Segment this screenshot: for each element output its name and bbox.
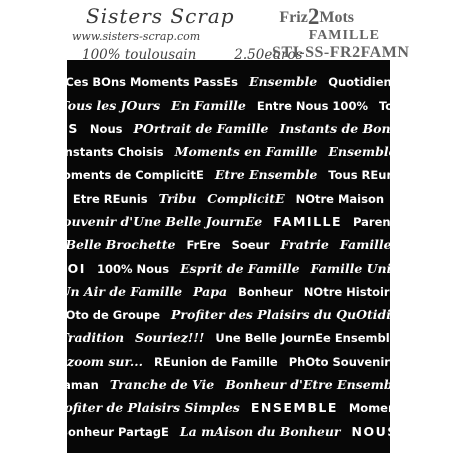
- word-sticker: Moments de ComplicitE: [52, 168, 204, 182]
- collection-name: FAMILLE: [272, 29, 380, 43]
- word-sticker: Nous: [90, 122, 123, 136]
- word-sticker: ENSEMBLE: [251, 400, 338, 415]
- word-sticker: PhOto de Groupe: [49, 308, 160, 322]
- word-sticker: Une Belle JournEe Ensemble: [215, 331, 397, 345]
- word-sticker: Fratrie: [280, 237, 328, 252]
- word-sticker: Bonheur: [238, 285, 293, 299]
- word-sticker: NOUS: [352, 424, 398, 439]
- word-sticker: En Famille: [171, 98, 246, 113]
- product-line-part2: 2: [308, 4, 320, 29]
- word-sticker: Belle Brochette: [65, 237, 175, 252]
- word-sticker: Esprit de Famille: [180, 261, 300, 276]
- word-row: MamanTranche de VieBonheur d'Etre Ensemb…: [69, 377, 388, 392]
- word-sticker: VOUS: [34, 121, 79, 136]
- word-row: VOUSNousPOrtrait de FamilleInstants de B…: [69, 121, 388, 136]
- word-sticker: Ensemble: [328, 144, 396, 159]
- word-sticker: zoom sur...: [67, 354, 143, 369]
- word-sticker: POrtrait de Famille: [133, 121, 268, 136]
- header-left: Sisters Scrap www.sisters-scrap.com 100%…: [72, 4, 303, 63]
- word-sticker: FrEre: [186, 238, 220, 252]
- word-row: Ces BOns Moments PassEsEnsembleQuotidien: [69, 74, 388, 89]
- word-sticker: Maman: [52, 378, 99, 392]
- word-sticker: Quotidien: [328, 75, 391, 89]
- word-sticker: Tribu: [159, 191, 197, 206]
- word-sticker: Famille: [340, 237, 392, 252]
- word-sticker: Tranche de Vie: [110, 377, 214, 392]
- word-sticker: NOtre Maison: [296, 192, 384, 206]
- word-row: Belle BrochetteFrEreSoeurFratrieFamille: [69, 237, 388, 252]
- word-sticker: Tous les JOurs: [60, 98, 160, 113]
- word-sticker: Profiter de Plaisirs Simples: [48, 400, 239, 415]
- word-row: PhOto de GroupeProfiter des Plaisirs du …: [69, 307, 388, 322]
- word-sticker: Moments en Famille: [175, 144, 318, 159]
- product-line-part1: Friz: [279, 9, 307, 26]
- word-row: TOI100% NousEsprit de FamilleFamille Uni…: [69, 261, 388, 276]
- word-sticker: Etre Ensemble: [215, 167, 317, 182]
- word-row: Bonheur PartagELa mAison du BonheurNOUS: [69, 424, 388, 439]
- word-sticker: Tous REunis: [328, 168, 405, 182]
- word-sticker: Un Air de Famille: [60, 284, 183, 299]
- word-panel: Ces BOns Moments PassEsEnsembleQuotidien…: [67, 60, 390, 453]
- ref-code: STI-SS-FR2FAMN: [272, 45, 392, 61]
- word-row: zoom sur...REunion de FamillePhOto Souve…: [69, 354, 388, 369]
- word-sticker: Toi: [379, 99, 397, 113]
- word-sticker: Bonheur PartagE: [59, 425, 169, 439]
- word-sticker: REunion de Famille: [154, 355, 278, 369]
- word-sticker: Bonheur d'Etre Ensemble: [225, 377, 405, 392]
- word-row: Instants ChoisisMoments en FamilleEnsemb…: [69, 144, 388, 159]
- word-sticker: Moments: [349, 401, 409, 415]
- word-sticker: Profiter des Plaisirs du QuOtidien: [171, 307, 408, 322]
- word-sticker: Etre REunis: [73, 192, 148, 206]
- product-sheet: Sisters Scrap www.sisters-scrap.com 100%…: [0, 0, 458, 458]
- word-sticker: Souriez!!!: [135, 330, 204, 345]
- word-sticker: Parents: [353, 215, 403, 229]
- product-line-title: Friz2Mots: [272, 5, 354, 28]
- website-url: www.sisters-scrap.com: [72, 30, 303, 43]
- product-line-part3: Mots: [319, 9, 354, 26]
- brand-logo: Sisters Scrap: [72, 4, 303, 28]
- word-sticker: ComplicitE: [207, 191, 284, 206]
- word-sticker: TOI: [58, 261, 86, 276]
- word-sticker: Famille Unie: [311, 261, 400, 276]
- word-sticker: Instants Choisis: [60, 145, 163, 159]
- word-row: Etre REunisTribuComplicitENOtre Maison: [69, 191, 388, 206]
- header-right: Friz2Mots FAMILLE STI-SS-FR2FAMN: [272, 5, 392, 61]
- word-sticker: NOtre Histoire: [304, 285, 398, 299]
- word-row: Souvenir d'Une Belle JournEeFAMILLEParen…: [69, 214, 388, 229]
- word-sticker: Ces BOns Moments PassEs: [65, 75, 238, 89]
- word-sticker: Souvenir d'Une Belle JournEe: [54, 214, 262, 229]
- word-sticker: Papa: [193, 284, 227, 299]
- word-sticker: FAMILLE: [273, 214, 342, 229]
- word-sticker: Instants de Bonheur: [279, 121, 423, 136]
- word-sticker: 100% Nous: [97, 262, 169, 276]
- word-sticker: La mAison du Bonheur: [180, 424, 341, 439]
- word-row: TraditionSouriez!!!Une Belle JournEe Ens…: [69, 330, 388, 345]
- word-sticker: Soeur: [232, 238, 270, 252]
- word-sticker: Ensemble: [249, 74, 317, 89]
- word-sticker: Entre Nous 100%: [257, 99, 368, 113]
- word-row: Tous les JOursEn FamilleEntre Nous 100%T…: [69, 98, 388, 113]
- word-row: Un Air de FamillePapaBonheurNOtre Histoi…: [69, 284, 388, 299]
- word-row: Moments de ComplicitEEtre EnsembleTous R…: [69, 167, 388, 182]
- word-row: Profiter de Plaisirs SimplesENSEMBLEMome…: [69, 400, 388, 415]
- word-sticker: Tradition: [60, 330, 125, 345]
- word-sticker: PhOto Souvenir: [289, 355, 390, 369]
